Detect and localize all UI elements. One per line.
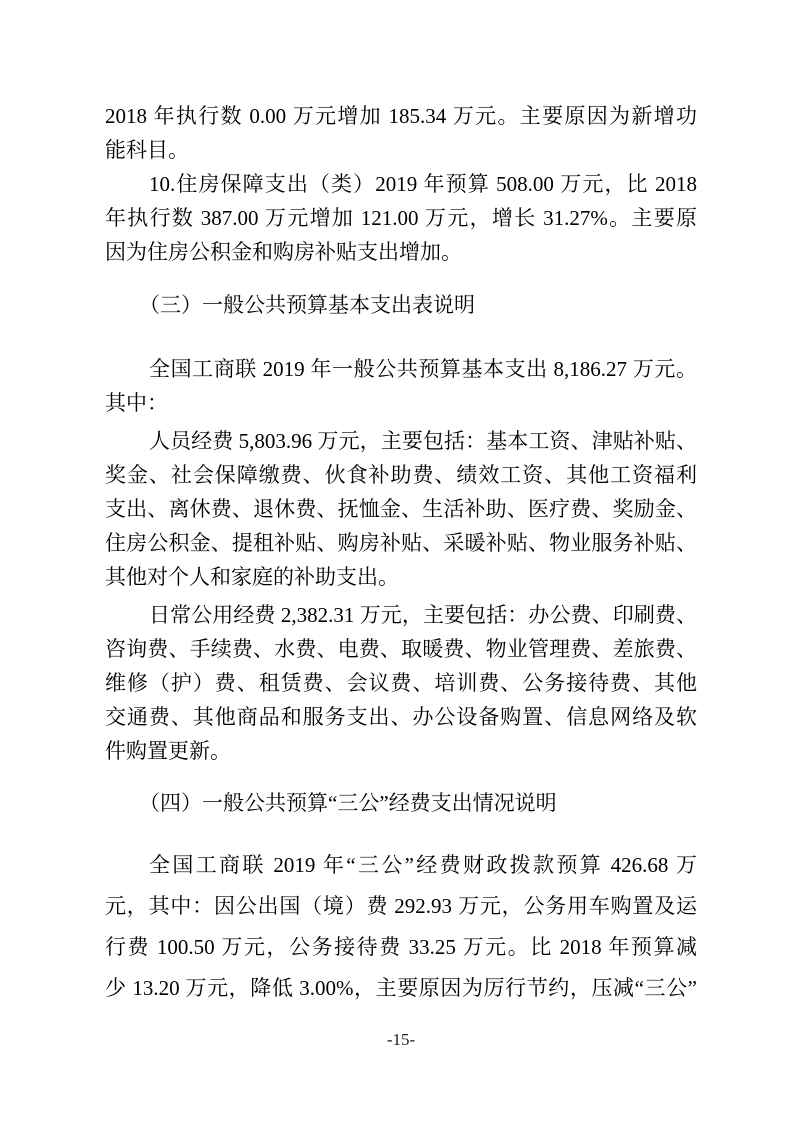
text-line: 2018 年执行数 0.00 万元增加 185.34 万元。主要原因为新增功: [105, 99, 697, 133]
text-line: 人员经费 5,803.96 万元，主要包括：基本工资、津贴补贴、: [105, 424, 697, 458]
text-line: 交通费、其他商品和服务支出、办公设备购置、信息网络及软: [105, 700, 697, 734]
section-heading: （四）一般公共预算“三公”经费支出情况说明: [105, 786, 697, 820]
text-line: 能科目。: [105, 133, 697, 167]
document-page: 2018 年执行数 0.00 万元增加 185.34 万元。主要原因为新增功 能…: [0, 0, 800, 1131]
text-line: 件购置更新。: [105, 734, 697, 768]
paragraph: 10.住房保障支出（类）2019 年预算 508.00 万元，比 2018 年执…: [105, 167, 697, 269]
text-line: 全国工商联 2019 年“三公”经费财政拨款预算 426.68 万: [105, 845, 697, 886]
paragraph: 全国工商联 2019 年“三公”经费财政拨款预算 426.68 万 元，其中：因…: [105, 845, 697, 1009]
text-line: 元，其中：因公出国（境）费 292.93 万元，公务用车购置及运: [105, 886, 697, 927]
text-line: 住房公积金、提租补贴、购房补贴、采暖补贴、物业服务补贴、: [105, 526, 697, 560]
heading-text: （四）一般公共预算“三公”经费支出情况说明: [105, 786, 697, 820]
text-line: 年执行数 387.00 万元增加 121.00 万元，增长 31.27%。主要原: [105, 201, 697, 235]
text-line: 其他对个人和家庭的补助支出。: [105, 560, 697, 594]
section-heading: （三）一般公共预算基本支出表说明: [105, 288, 697, 322]
heading-text: （三）一般公共预算基本支出表说明: [105, 288, 697, 322]
paragraph: 全国工商联 2019 年一般公共预算基本支出 8,186.27 万元。 其中：: [105, 352, 697, 420]
paragraph: 日常公用经费 2,382.31 万元，主要包括：办公费、印刷费、 咨询费、手续费…: [105, 598, 697, 768]
text-line: 行费 100.50 万元，公务接待费 33.25 万元。比 2018 年预算减: [105, 927, 697, 968]
text-line: 支出、离休费、退休费、抚恤金、生活补助、医疗费、奖励金、: [105, 492, 697, 526]
text-line: 因为住房公积金和购房补贴支出增加。: [105, 235, 697, 269]
paragraph: 人员经费 5,803.96 万元，主要包括：基本工资、津贴补贴、 奖金、社会保障…: [105, 424, 697, 594]
page-number: -15-: [105, 1030, 697, 1050]
text-line: 10.住房保障支出（类）2019 年预算 508.00 万元，比 2018: [105, 167, 697, 201]
document-body: 2018 年执行数 0.00 万元增加 185.34 万元。主要原因为新增功 能…: [105, 99, 697, 1050]
text-line: 奖金、社会保障缴费、伙食补助费、绩效工资、其他工资福利: [105, 458, 697, 492]
text-line: 其中：: [105, 386, 697, 420]
text-line: 维修（护）费、租赁费、会议费、培训费、公务接待费、其他: [105, 666, 697, 700]
paragraph: 2018 年执行数 0.00 万元增加 185.34 万元。主要原因为新增功 能…: [105, 99, 697, 167]
text-line: 少 13.20 万元，降低 3.00%，主要原因为厉行节约，压减“三公”: [105, 968, 697, 1009]
text-line: 全国工商联 2019 年一般公共预算基本支出 8,186.27 万元。: [105, 352, 697, 386]
text-line: 咨询费、手续费、水费、电费、取暖费、物业管理费、差旅费、: [105, 632, 697, 666]
text-line: 日常公用经费 2,382.31 万元，主要包括：办公费、印刷费、: [105, 598, 697, 632]
